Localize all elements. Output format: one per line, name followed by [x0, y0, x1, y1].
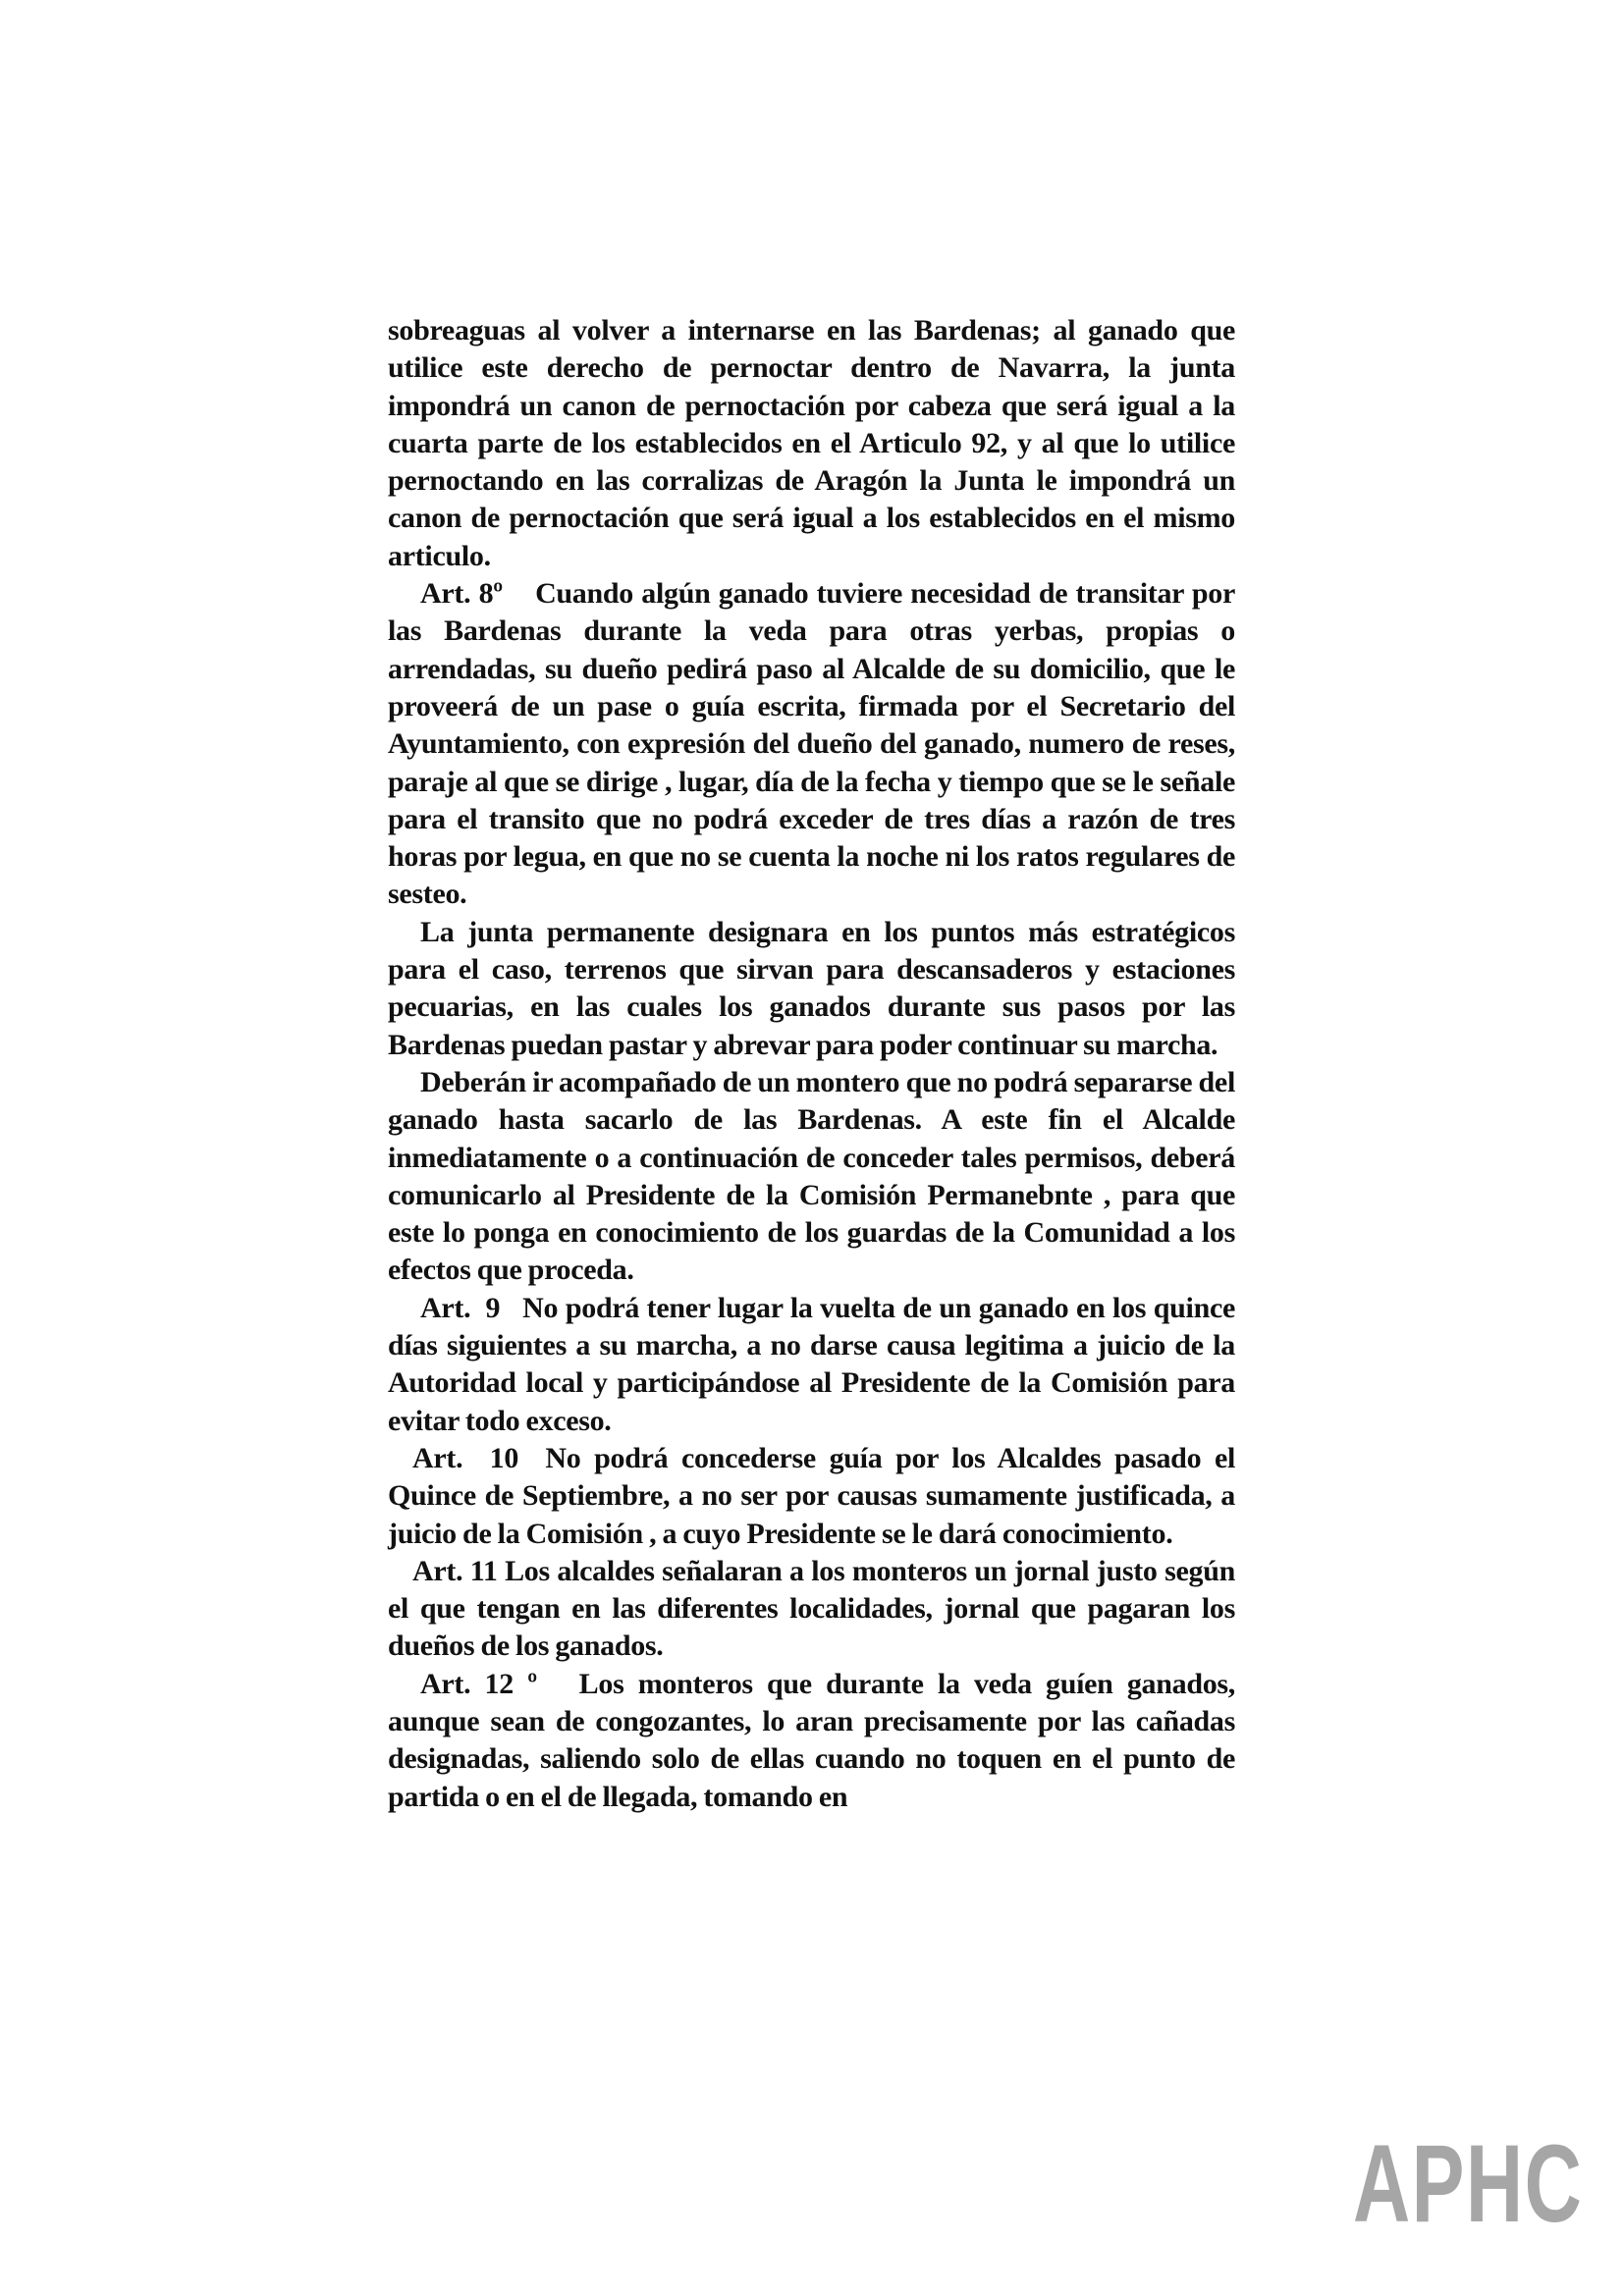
paragraph-text: sobreaguas al volver a internarse en las…	[388, 314, 1235, 572]
article-12: Art. 12 º Los monteros que durante la ve…	[388, 1666, 1235, 1816]
paragraph-continuation: sobreaguas al volver a internarse en las…	[388, 312, 1235, 575]
aphc-watermark-logo: APHC	[1353, 2130, 1523, 2238]
article-label: Art. 12 º	[420, 1668, 579, 1700]
paragraph-text: Cuando algún ganado tuviere necesidad de…	[388, 577, 1235, 910]
article-label: Art. 11	[412, 1555, 505, 1587]
document-body: sobreaguas al volver a internarse en las…	[388, 312, 1235, 1816]
article-9: Art. 9 No podrá tener lugar la vuelta de…	[388, 1290, 1235, 1440]
article-label: Art. 10	[412, 1442, 545, 1474]
paragraph-junta-permanente: La junta permanente designara en los pun…	[388, 914, 1235, 1064]
article-label: Art. 8º	[420, 577, 535, 610]
article-11: Art. 11 Los alcaldes señalaran a los mon…	[388, 1553, 1235, 1666]
paragraph-montero: Deberán ir acompañado de un montero que …	[388, 1064, 1235, 1290]
article-label: Art. 9	[420, 1292, 522, 1324]
article-10: Art. 10 No podrá concederse guía por los…	[388, 1440, 1235, 1553]
article-8: Art. 8º Cuando algún ganado tuviere nece…	[388, 575, 1235, 914]
paragraph-text: Deberán ir acompañado de un montero que …	[388, 1066, 1235, 1286]
paragraph-text: Los alcaldes señalaran a los monteros un…	[388, 1555, 1235, 1663]
paragraph-text: La junta permanente designara en los pun…	[388, 916, 1235, 1061]
